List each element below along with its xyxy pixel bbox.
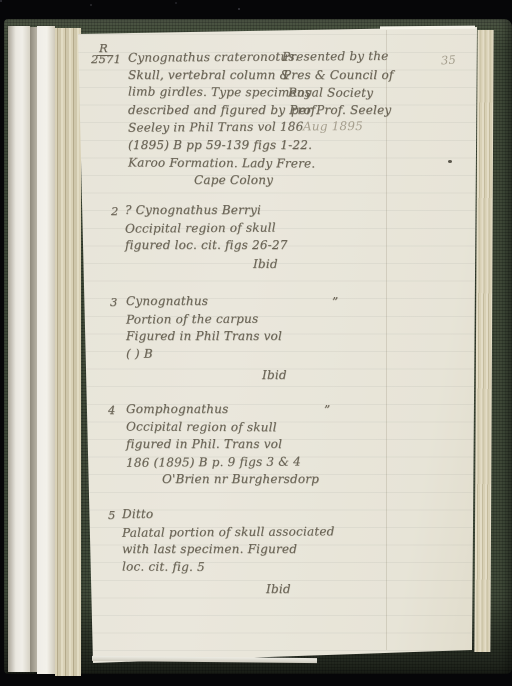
gutter-page-edges xyxy=(55,28,81,676)
register-entry-3: 3 Cynognathus ” Portion of the carpus Fi… xyxy=(126,293,287,385)
register-entry-2: 2 ? Cynognathus Berryi Occipital region … xyxy=(125,202,288,273)
entry-line: O'Brien nr Burghersdorp xyxy=(162,471,319,489)
register-entry-4: 4 Gomphognathus ” Occipital region of sk… xyxy=(126,401,319,489)
entry-line: Occipital region of skull xyxy=(125,219,288,238)
entry-line: Portion of the carpus xyxy=(126,310,287,329)
entry-number: 2571 xyxy=(91,51,121,69)
entry-line: Cynognathus crateronotus. Presented by t… xyxy=(128,48,316,67)
entry-line: Ibid xyxy=(253,256,288,274)
donor-line: per Prof. Seeley xyxy=(291,102,391,120)
page-number: 35 xyxy=(441,52,457,67)
donor-line: Pres & Council of xyxy=(283,67,394,85)
entry-line: Karoo Formation. Lady Frere. xyxy=(128,154,316,173)
entry-line: described and figured by Prof per Prof. … xyxy=(128,102,315,120)
entry-line: Ditto xyxy=(122,506,335,524)
page-gap-shadow xyxy=(30,27,37,672)
ditto-mark: ” xyxy=(332,294,338,312)
entry-line: figured in Phil. Trans vol xyxy=(126,436,319,454)
entry-line: Cynognathus ” xyxy=(126,293,287,311)
entry-line: Cape Colony xyxy=(194,172,315,190)
entry-line: Ibid xyxy=(266,581,335,599)
entry-number: 3 xyxy=(110,294,118,312)
entry-line: limb girdles. Type specimens Royal Socie… xyxy=(128,84,316,103)
backdrop-noise xyxy=(0,0,2,2)
register-entry-2571: 2571 Cynognathus crateronotus. Presented… xyxy=(128,49,315,190)
entry-number: 5 xyxy=(108,507,116,525)
entry-line: Palatal portion of skull associated xyxy=(122,523,335,542)
entry-line: (1895) B pp 59-139 figs 1-22. xyxy=(128,137,315,155)
pencil-annotation: Aug 1895 xyxy=(303,118,363,136)
entry-line: ( ) B xyxy=(126,345,287,363)
ditto-mark: ” xyxy=(324,402,330,420)
entry-number: 2 xyxy=(111,203,119,221)
entry-line: ? Cynognathus Berryi xyxy=(125,202,288,220)
paper-fleck xyxy=(448,160,452,163)
entry-line: Figured in Phil Trans vol xyxy=(126,328,287,346)
entry-line: 186 (1895) B p. 9 figs 3 & 4 xyxy=(126,453,319,472)
entry-line: loc. cit. fig. 5 xyxy=(122,558,335,577)
entry-line: Gomphognathus ” xyxy=(126,401,319,419)
facing-page-edge xyxy=(8,26,30,672)
entry-line: with last specimen. Figured xyxy=(122,541,335,559)
fore-edge-page-stack xyxy=(474,30,493,652)
register-entry-5: 5 Ditto Palatal portion of skull associa… xyxy=(122,506,335,599)
entry-line: figured loc. cit. figs 26-27 xyxy=(125,237,288,255)
entry-line: Occipital region of skull xyxy=(126,418,319,437)
entry-line: Seeley in Phil Trans vol 186 Aug 1895 xyxy=(128,119,316,138)
entry-line: Ibid xyxy=(262,367,287,385)
donor-line: Presented by the xyxy=(282,48,389,66)
register-photo: R 35 2571 Cynognathus crateronotus. Pres… xyxy=(0,0,512,686)
donor-line: Royal Society xyxy=(288,85,373,103)
entry-number: 4 xyxy=(108,402,116,420)
facing-page-edge-2 xyxy=(37,26,55,674)
entry-line: Skull, vertebral column & Pres & Council… xyxy=(128,67,315,85)
